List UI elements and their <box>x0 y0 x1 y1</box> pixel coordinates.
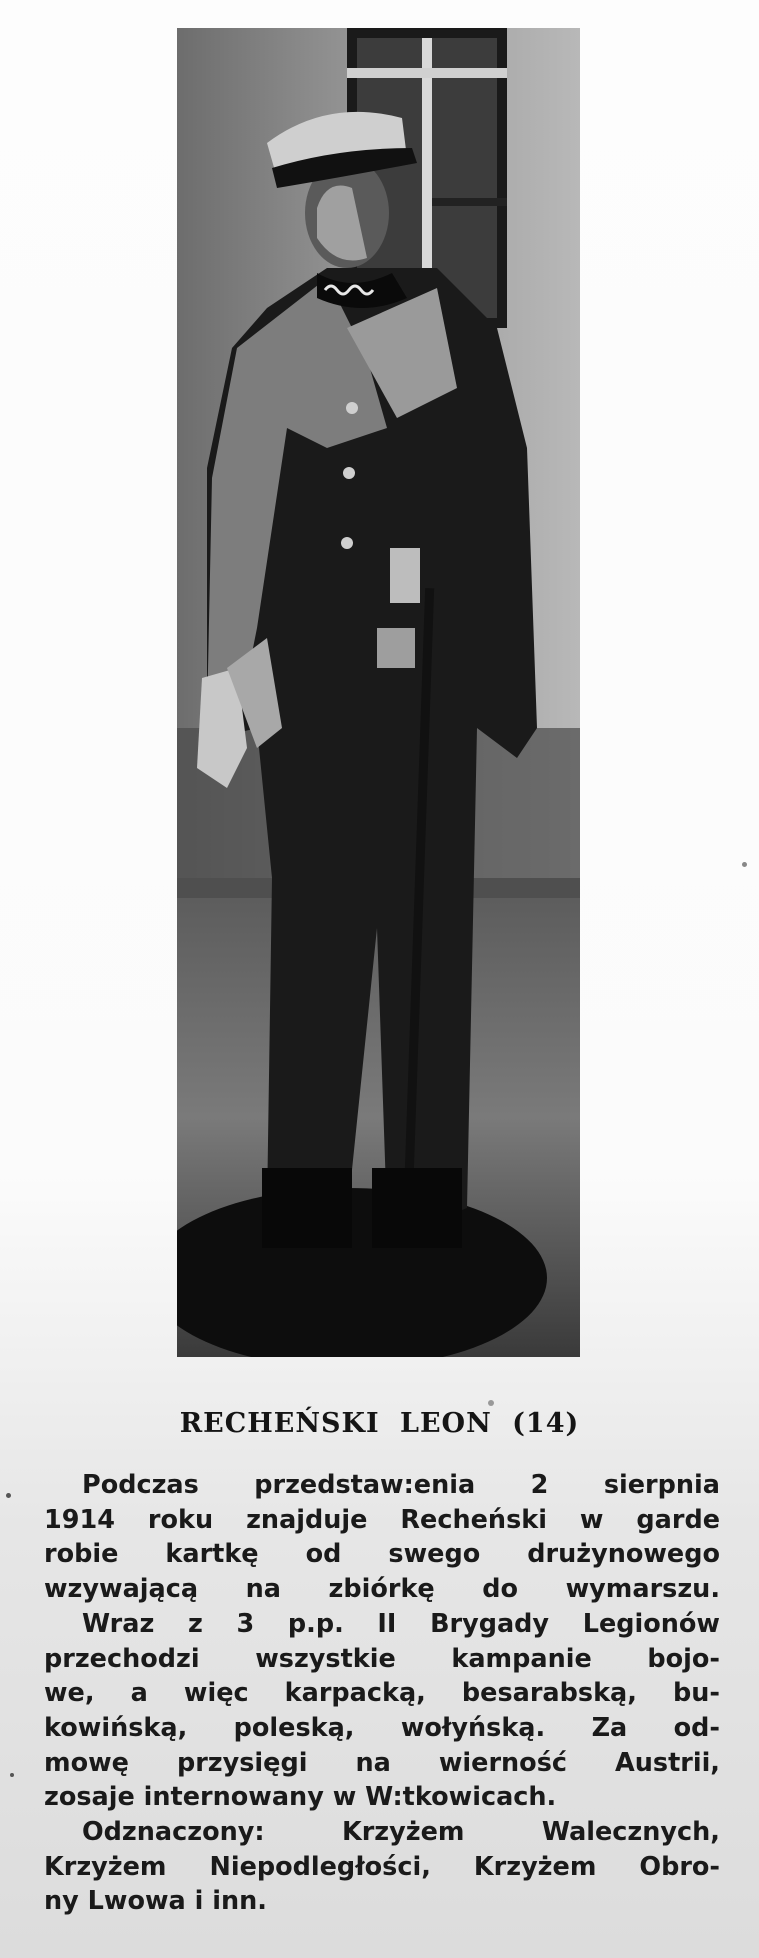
text-line: Wraz z 3 p.p. II Brygady Legionów <box>44 1607 720 1642</box>
text-line: mowę przysięgi na wierność Austrii, <box>44 1746 720 1781</box>
paragraph-enlistment: Podczas przedstaw:enia 2 sierpnia 1914 r… <box>44 1468 720 1607</box>
paragraph-campaigns: Wraz z 3 p.p. II Brygady Legionów przech… <box>44 1607 720 1815</box>
print-speck <box>742 862 747 867</box>
photo-illustration <box>177 28 580 1357</box>
text-line: wzywającą na zbiórkę do wymarszu. <box>44 1572 720 1607</box>
text-line: Odznaczony: Krzyżem Walecznych, <box>44 1815 720 1850</box>
print-speck <box>10 1773 14 1777</box>
text-line: przechodzi wszystkie kampanie bojo- <box>44 1642 720 1677</box>
caption-body: Podczas przedstaw:enia 2 sierpnia 1914 r… <box>44 1468 720 1919</box>
print-speck <box>6 1493 11 1498</box>
text-line: kowińską, poleską, wołyńską. Za od- <box>44 1711 720 1746</box>
print-speck <box>488 1400 494 1406</box>
text-line: ny Lwowa i inn. <box>44 1884 720 1919</box>
soldier-portrait-photo <box>177 28 580 1357</box>
caption-title: RECHEŃSKI LEON (14) <box>0 1408 759 1439</box>
text-line: we, a więc karpacką, besarabską, bu- <box>44 1676 720 1711</box>
text-line: 1914 roku znajduje Recheński w garde <box>44 1503 720 1538</box>
text-line: Podczas przedstaw:enia 2 sierpnia <box>44 1468 720 1503</box>
text-line: zosaje internowany w W:tkowicach. <box>44 1780 720 1815</box>
text-line: robie kartkę od swego drużynowego <box>44 1537 720 1572</box>
text-line: Krzyżem Niepodległości, Krzyżem Obro- <box>44 1850 720 1885</box>
paragraph-decorations: Odznaczony: Krzyżem Walecznych, Krzyżem … <box>44 1815 720 1919</box>
